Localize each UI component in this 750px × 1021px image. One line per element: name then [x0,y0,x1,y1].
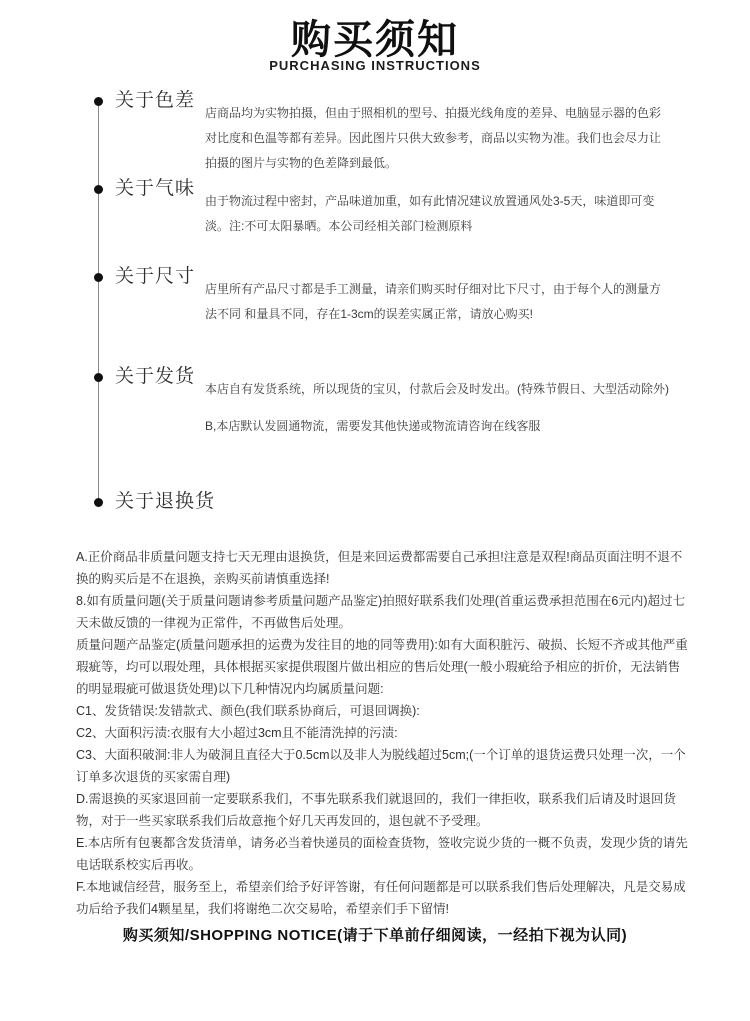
section-heading: 关于气味 [115,176,195,201]
policy-paragraph-quality: 质量问题产品鉴定(质量问题承担的运费为发往目的地的同等费用):如有大面积脏污、破… [76,634,690,700]
section-paragraph: 店商品均为实物拍摄，但由于照相机的型号、拍摄光线角度的差异、电脑显示器的色彩对比… [205,101,667,176]
bullet-icon [94,373,103,382]
policy-paragraph-a: A.正价商品非质量问题支持七天无理由退换货，但是来回运费都需要自己承担!注意是双… [76,546,690,590]
policy-paragraph-c2: C2、大面积污渍:衣服有大小超过3cm且不能清洗掉的污渍: [76,722,690,744]
policy-paragraph-d: D.需退换的买家退回前一定要联系我们，不事先联系我们就退回的，我们一律拒收，联系… [76,788,690,832]
bullet-icon [94,498,103,507]
policy-paragraph-f: F.本地诚信经营，服务至上，希望亲们给予好评答谢，有任何问题都是可以联系我们售后… [76,876,690,920]
section-body: 店里所有产品尺寸都是手工测量，请亲们购买时仔细对比下尺寸，由于每个人的测量方法不… [205,265,667,339]
footer-notice: 购买须知/SHOPPING NOTICE(请于下单前仔细阅读，一经拍下视为认同) [0,924,750,945]
policy-paragraph-c3: C3、大面积破洞:非人为破洞且直径大于0.5cm以及非人为脱线超过5cm;(一个… [76,744,690,788]
section-heading: 关于退换货 [115,489,215,514]
section-paragraph: 由于物流过程中密封，产品味道加重，如有此情况建议放置通风处3-5天，味道即可变淡… [205,189,667,239]
section-paragraph: B,本店默认发圆通物流，需要发其他快递或物流请咨询在线客服 [205,414,667,439]
section-body: 本店自有发货系统，所以现货的宝贝，付款后会及时发出。(特殊节假日、大型活动除外)… [205,365,667,451]
policy-paragraph-b: 8.如有质量问题(关于质量问题请参考质量问题产品鉴定)拍照好联系我们处理(首重运… [76,590,690,634]
page-subtitle: PURCHASING INSTRUCTIONS [0,58,750,73]
section-paragraph: 店里所有产品尺寸都是手工测量，请亲们购买时仔细对比下尺寸，由于每个人的测量方法不… [205,277,667,327]
section-heading: 关于尺寸 [115,264,195,289]
section-paragraph: 本店自有发货系统，所以现货的宝贝，付款后会及时发出。(特殊节假日、大型活动除外) [205,377,667,402]
timeline-line [98,101,99,502]
section-body: 店商品均为实物拍摄，但由于照相机的型号、拍摄光线角度的差异、电脑显示器的色彩对比… [205,89,667,188]
section-heading: 关于发货 [115,364,195,389]
policy-paragraph-c1: C1、发货错误:发错款式、颜色(我们联系协商后，可退回调换): [76,700,690,722]
bullet-icon [94,273,103,282]
page-title: 购买须知 [0,8,750,65]
bullet-icon [94,185,103,194]
section-heading: 关于色差 [115,88,195,113]
section-body: 由于物流过程中密封，产品味道加重，如有此情况建议放置通风处3-5天，味道即可变淡… [205,177,667,251]
return-policy-text: A.正价商品非质量问题支持七天无理由退换货，但是来回运费都需要自己承担!注意是双… [76,546,690,920]
policy-paragraph-e: E.本店所有包裹都含发货清单，请务必当着快递员的面检查货物，签收完说少货的一概不… [76,832,690,876]
bullet-icon [94,97,103,106]
